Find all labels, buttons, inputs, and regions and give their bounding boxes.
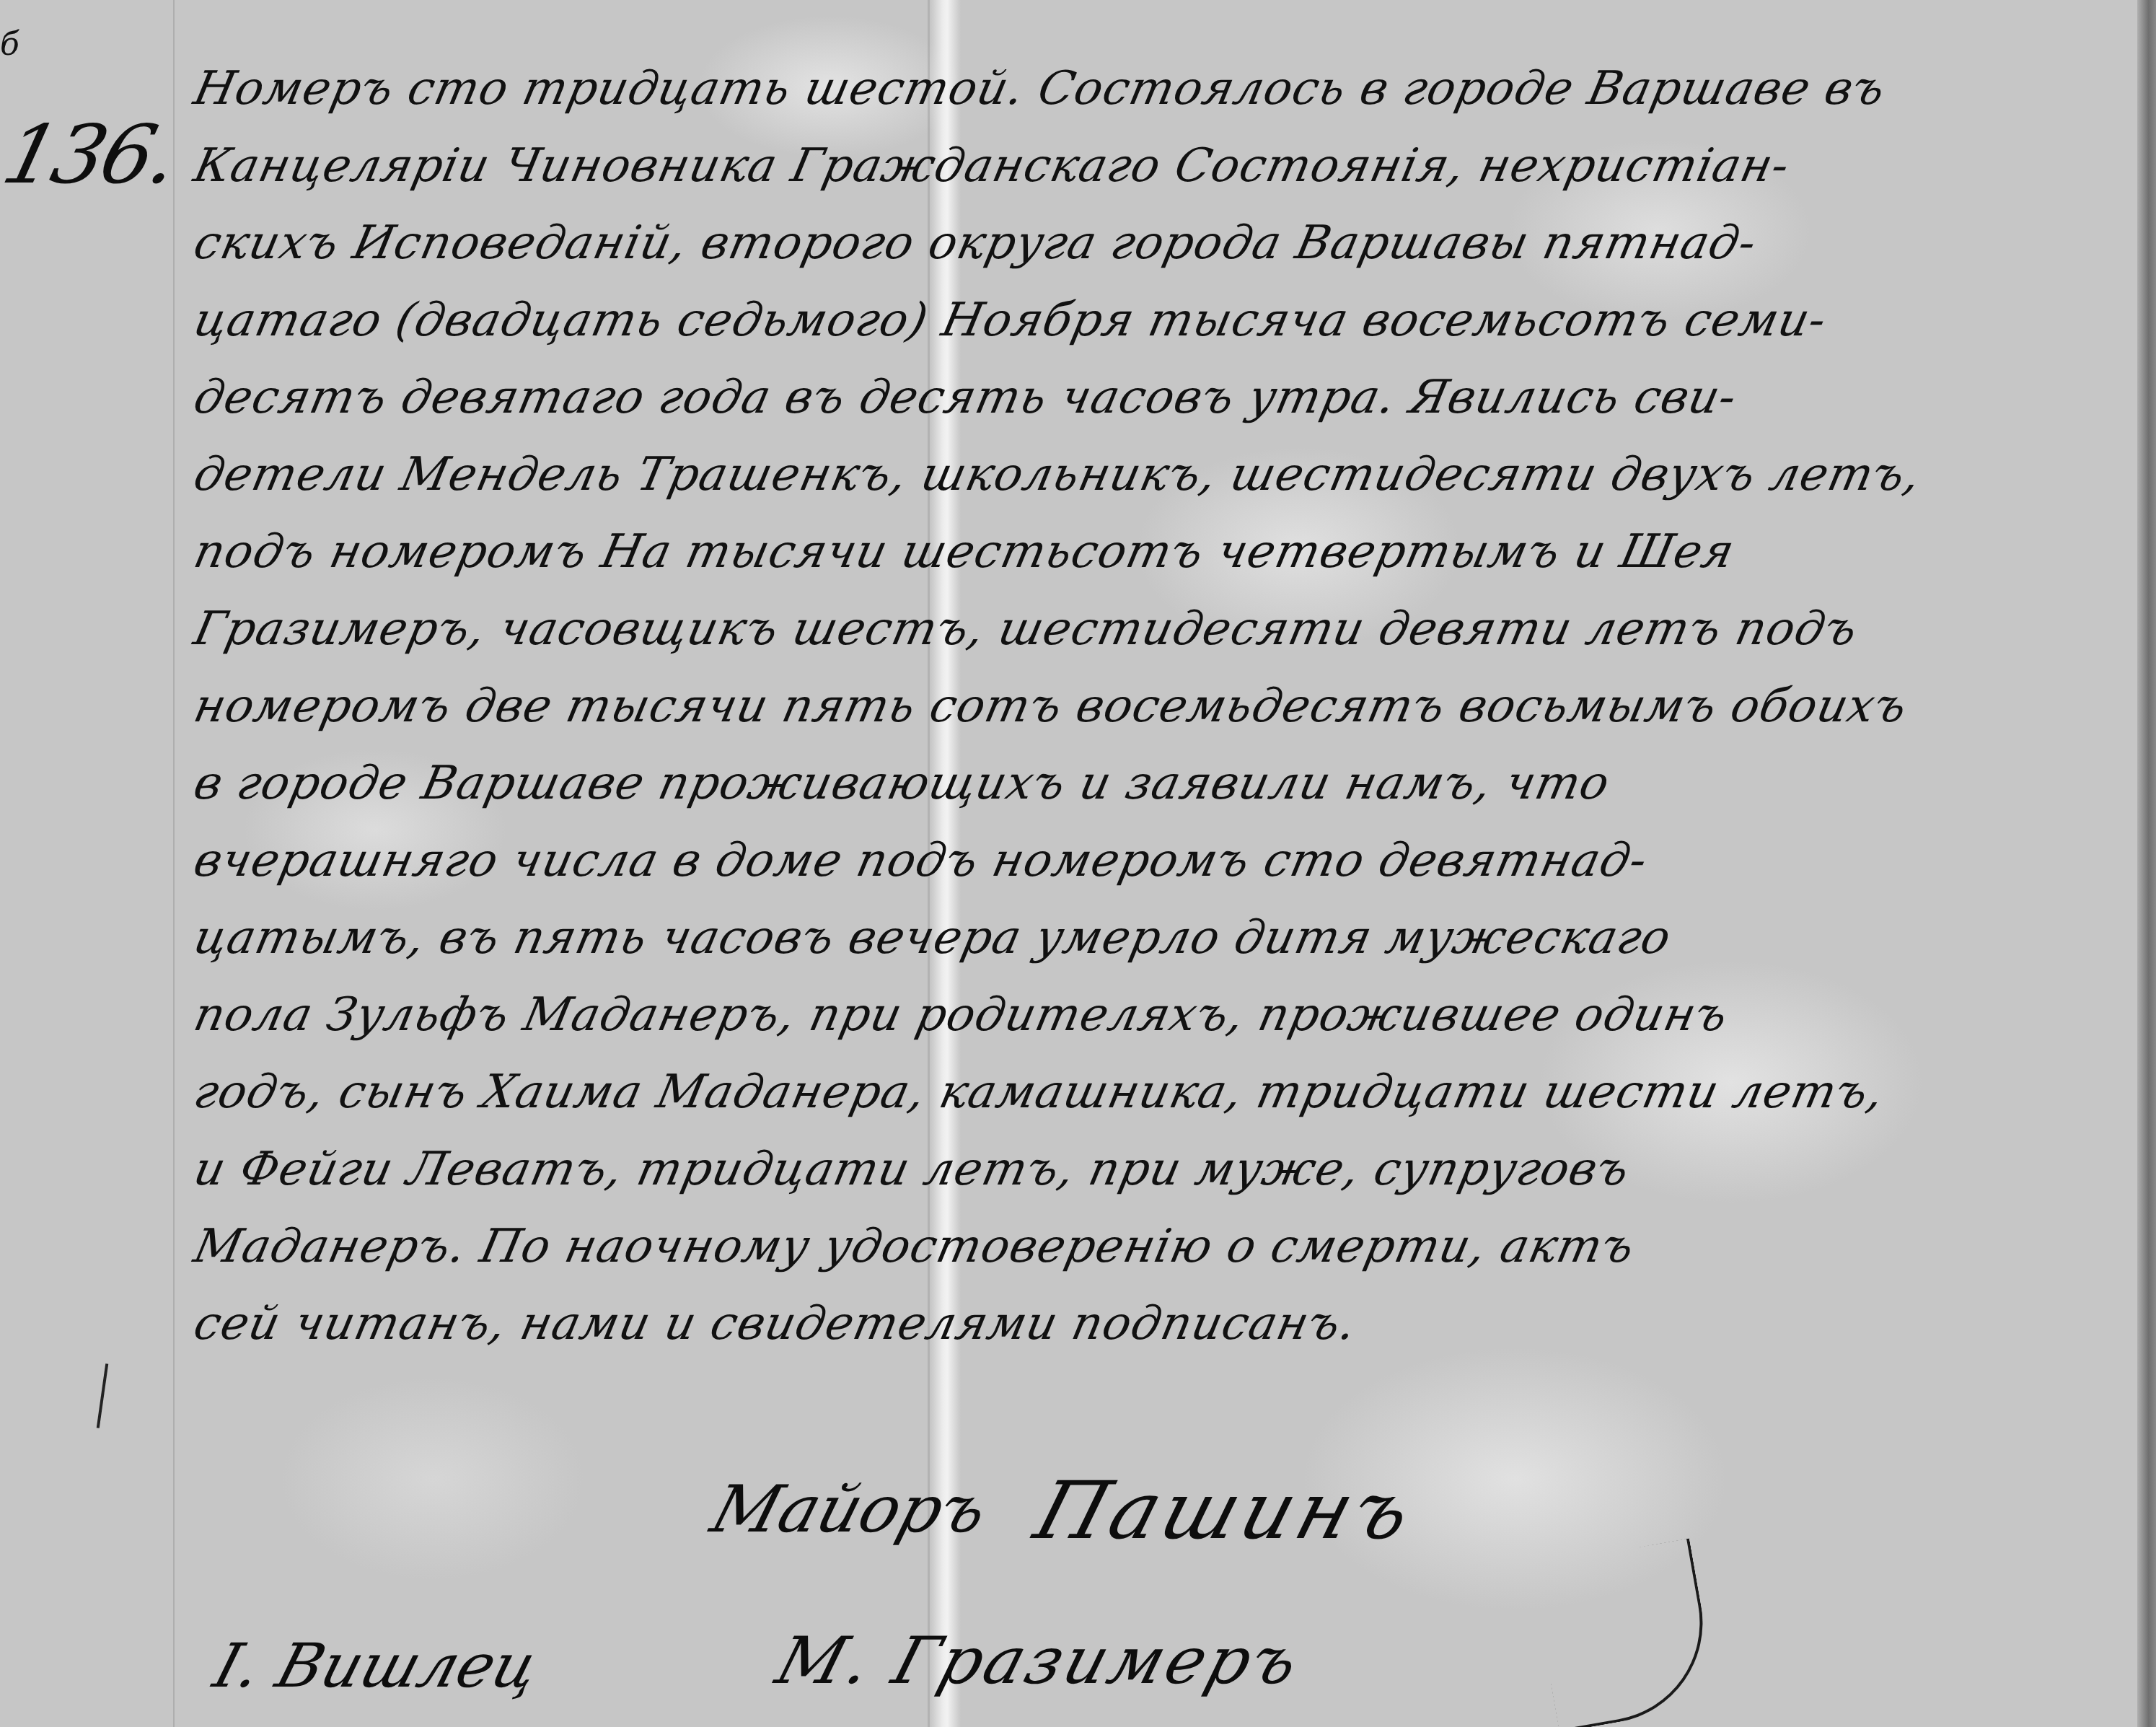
record-line: сей читанъ, нами и свидетелями подписанъ… <box>187 1286 2137 1363</box>
record-line: вчерашняго числа в доме подъ номеромъ ст… <box>187 822 2137 900</box>
corner-mark: б <box>0 26 19 63</box>
official-title-signature: Майоръ <box>703 1472 996 1547</box>
record-line: номеромъ две тысячи пять сотъ восемьдеся… <box>187 668 2137 745</box>
page-edge-shadow <box>2137 0 2156 1727</box>
record-line: подъ номеромъ На тысячи шестьсотъ четвер… <box>187 514 2137 591</box>
record-body: Номеръ сто тридцать шестой. Состоялось в… <box>195 50 2128 1363</box>
record-line: Номеръ сто тридцать шестой. Состоялось в… <box>187 50 2137 128</box>
record-line: Гразимеръ, часовщикъ шестъ, шестидесяти … <box>187 591 2137 668</box>
act-number: 136. <box>0 108 186 202</box>
record-line: Канцеляріи Чиновника Гражданскаго Состоя… <box>187 128 2137 205</box>
record-line: скихъ Исповеданій, второго округа города… <box>187 205 2137 282</box>
record-line: десятъ девятаго года въ десять часовъ ут… <box>187 359 2137 436</box>
record-line: цатаго (двадцать седьмого) Ноября тысяча… <box>187 282 2137 359</box>
margin-tick-mark <box>97 1363 108 1428</box>
witness-1-signature: І. Вишлец <box>206 1630 547 1701</box>
record-line: годъ, сынъ Хаима Маданера, камашника, тр… <box>187 1054 2137 1131</box>
record-line: пола Зульфъ Маданеръ, при родителяхъ, пр… <box>187 977 2137 1054</box>
signature-flourish <box>1530 1538 1718 1727</box>
record-line: в городе Варшаве проживающихъ и заявили … <box>187 745 2137 822</box>
witness-2-signature: М. Гразимеръ <box>768 1623 1310 1699</box>
official-name-signature: Пашинъ <box>1026 1464 1426 1557</box>
record-line: Маданеръ. По наочному удостоверенію о см… <box>187 1208 2137 1286</box>
record-line: и Фейги Леватъ, тридцати летъ, при муже,… <box>187 1131 2137 1208</box>
record-line: цатымъ, въ пять часовъ вечера умерло дит… <box>187 900 2137 977</box>
scanned-page: б 136. Номеръ сто тридцать шестой. Состо… <box>0 0 2156 1727</box>
record-line: детели Мендель Трашенкъ, школьникъ, шест… <box>187 436 2137 514</box>
margin-rule <box>173 0 175 1727</box>
